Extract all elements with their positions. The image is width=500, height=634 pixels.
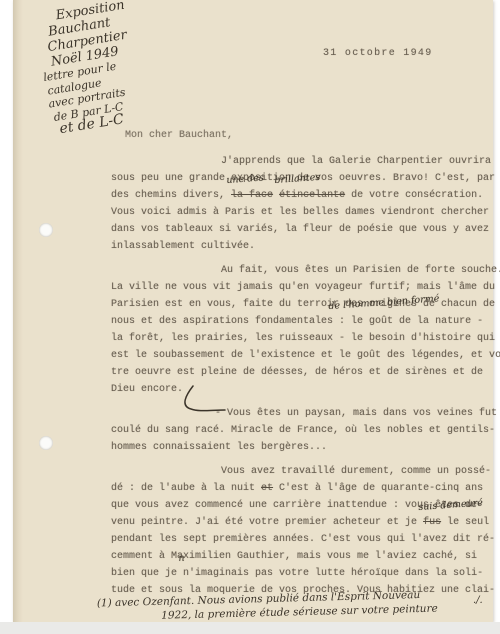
struck-through-text: et [261,483,273,494]
letter-line: nous et des aspirations fondamentalesde … [111,313,500,330]
letter-line: est le soubassement de l'existence et le… [111,347,500,364]
letter-line: Au fait, vous êtes un Parisien de forte … [111,262,500,279]
scanned-letter-screenshot: Exposition Bauchant Charpentier Noël 194… [0,0,500,634]
letter-paragraph: Vous avez travaillé durement, comme un p… [111,463,500,599]
scan-background [0,622,500,634]
handwritten-insertion: une des [226,169,265,189]
handwritten-top-note: Exposition Bauchant Charpentier Noël 194… [33,0,143,138]
punch-hole [39,436,53,450]
letter-line: - Vous êtes un paysan, mais dans vos vei… [111,405,500,422]
letter-line: tre oeuvre est pleine de déesses, de hér… [111,364,500,381]
handwritten-insertion: brillantes [274,169,321,189]
letter-line: hommes connaissaient les bergères... [111,439,500,456]
letter-body: J'apprends que la Galerie Charpentier ou… [111,153,500,604]
punch-hole [39,223,53,237]
letter-salutation: Mon cher Bauchant, [125,130,233,141]
handwritten-insertion: n [178,550,185,567]
letter-paragraph: Au fait, vous êtes un Parisien de forte … [111,262,500,398]
letter-line: inlassablement cultivée. [111,238,500,255]
letter-line: La ville ne vous vit jamais qu'en voyage… [111,279,500,296]
letter-line: Dieu encore. [111,381,500,398]
letter-line: bien que je nn'imaginais pas votre lutte… [111,565,500,582]
letter-line: dans vos tableaux si variés, la fleur de… [111,221,500,238]
letter-line: cemment à Maximilien Gauthier, mais vous… [111,548,500,565]
struck-through-text: fus [423,517,441,528]
letter-page: Exposition Bauchant Charpentier Noël 194… [13,0,493,622]
letter-line: coulé du sang racé. Miracle de France, o… [111,422,500,439]
struck-through-text: étincelante [279,190,345,201]
letter-paragraph: - Vous êtes un paysan, mais dans vos vei… [111,405,500,456]
letter-line: dé : de l'aube à la nuit et C'est à l'âg… [111,480,500,497]
letter-line: Vous voici admis à Paris et les belles d… [111,204,500,221]
letter-line: Vous avez travaillé durement, comme un p… [111,463,500,480]
letter-date: 31 octobre 1949 [323,48,433,59]
letter-line: Parisien est en vous, faite du terroir d… [111,296,500,313]
handwritten-arrow-annotation [181,385,237,415]
struck-through-text: la face [231,190,273,201]
letter-line: pendant les sept premières années. C'est… [111,531,500,548]
letter-line: venu peintre. J'ai été votre premier ach… [111,514,500,531]
letter-line: la forêt, les prairies, les ruisseaux - … [111,330,500,347]
letter-paragraph: J'apprends que la Galerie Charpentier ou… [111,153,500,255]
footnote-continuation-mark: ./. [473,595,483,606]
letter-line: des chemins divers, une desla face brill… [111,187,500,204]
letter-line: J'apprends que la Galerie Charpentier ou… [111,153,500,170]
